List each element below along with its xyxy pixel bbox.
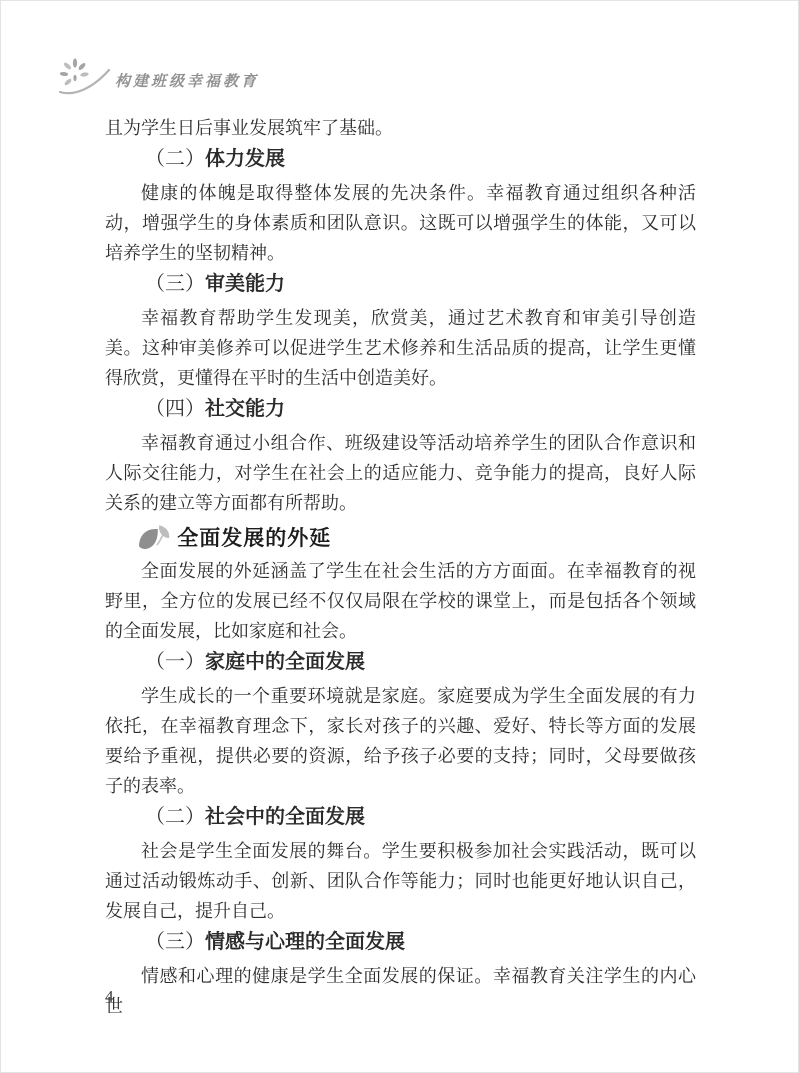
body-paragraph: 幸福教育帮助学生发现美，欣赏美，通过艺术教育和审美引导创造美。这种审美修养可以促… — [105, 303, 696, 393]
body-paragraph: 情感和心理的健康是学生全面发展的保证。幸福教育关注学生的内心世 — [105, 961, 696, 1021]
section-heading: （二）社会中的全面发展 — [105, 805, 696, 829]
section-title: 社交能力 — [205, 398, 285, 420]
flower-sprig-icon — [59, 57, 111, 97]
topic-heading: 全面发展的外延 — [105, 520, 696, 556]
body-paragraph: 学生成长的一个重要环境就是家庭。家庭要成为学生全面发展的有力依托，在幸福教育理念… — [105, 681, 696, 801]
section-heading: （四）社交能力 — [105, 397, 696, 421]
section-title: 审美能力 — [205, 273, 285, 295]
double-leaf-icon — [138, 524, 170, 553]
section-heading: （三）审美能力 — [105, 272, 696, 296]
running-title: 构建班级幸福教育 — [115, 70, 259, 91]
section-number: （二） — [145, 806, 205, 828]
section-number: （一） — [145, 651, 205, 673]
body-paragraph: 健康的体魄是取得整体发展的先决条件。幸福教育通过组织各种活动，增强学生的身体素质… — [105, 178, 696, 268]
section-number: （三） — [145, 931, 205, 953]
body-paragraph: 幸福教育通过小组合作、班级建设等活动培养学生的团队合作意识和人际交往能力，对学生… — [105, 428, 696, 518]
topic-title: 全面发展的外延 — [177, 528, 331, 549]
running-header: 构建班级幸福教育 — [59, 57, 259, 97]
section-heading: （二）体力发展 — [105, 147, 696, 171]
section-title: 社会中的全面发展 — [205, 806, 365, 828]
section-heading: （三）情感与心理的全面发展 — [105, 930, 696, 954]
body-paragraph-continuation: 且为学生日后事业发展筑牢了基础。 — [105, 113, 696, 143]
page-body: 且为学生日后事业发展筑牢了基础。 （二）体力发展 健康的体魄是取得整体发展的先决… — [105, 113, 696, 1021]
section-number: （三） — [145, 273, 205, 295]
section-title: 情感与心理的全面发展 — [205, 931, 405, 953]
body-paragraph: 社会是学生全面发展的舞台。学生要积极参加社会实践活动，既可以通过活动锻炼动手、创… — [105, 836, 696, 926]
section-heading: （一）家庭中的全面发展 — [105, 650, 696, 674]
section-number: （四） — [145, 398, 205, 420]
section-title: 家庭中的全面发展 — [205, 651, 365, 673]
book-page: 构建班级幸福教育 且为学生日后事业发展筑牢了基础。 （二）体力发展 健康的体魄是… — [0, 0, 799, 1073]
body-paragraph: 全面发展的外延涵盖了学生在社会生活的方方面面。在幸福教育的视野里，全方位的发展已… — [105, 556, 696, 646]
page-number: 4 — [105, 987, 114, 1007]
section-title: 体力发展 — [205, 148, 285, 170]
section-number: （二） — [145, 148, 205, 170]
